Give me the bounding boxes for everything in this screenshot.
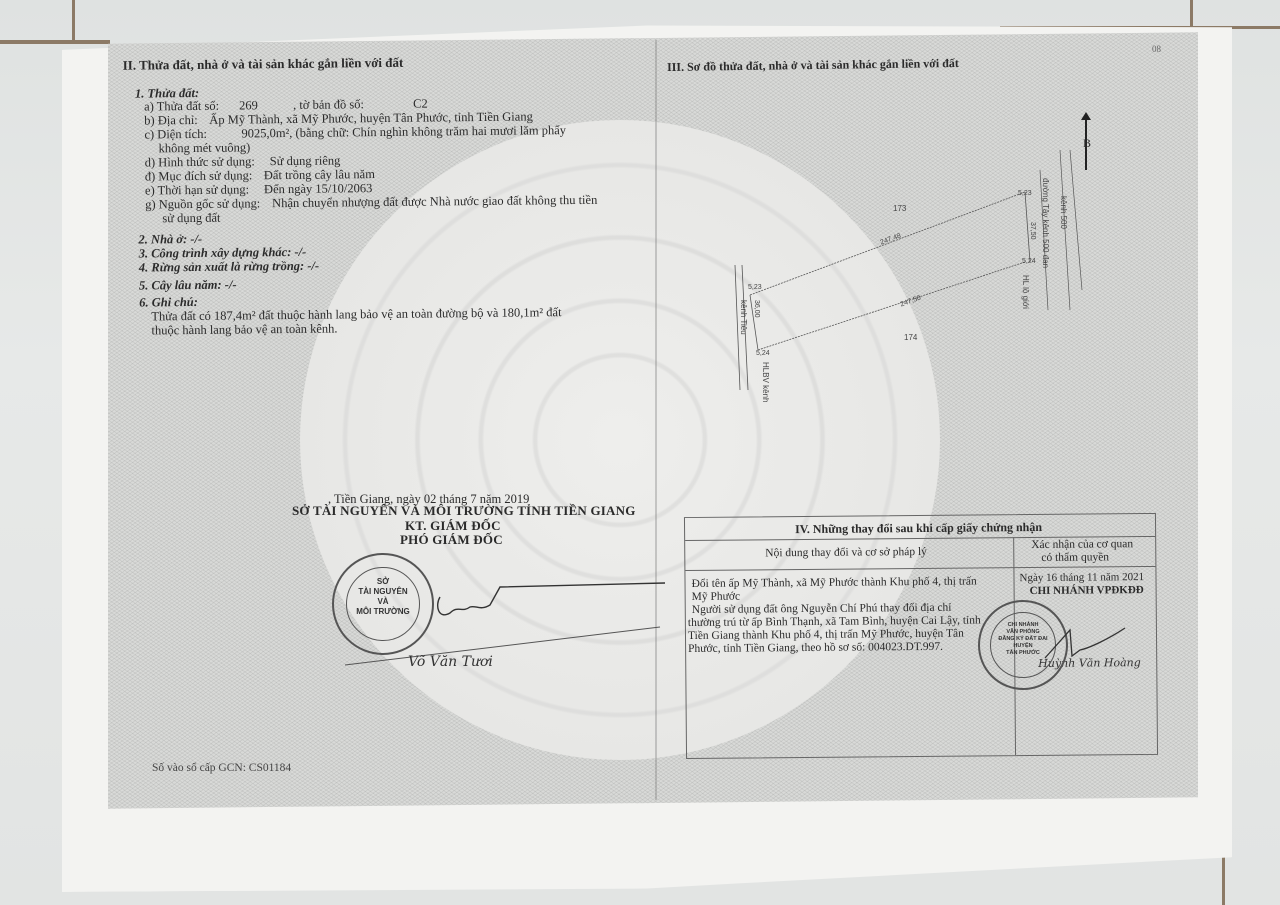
purpose-value: Đất trồng cây lâu năm	[264, 167, 375, 182]
note-line-2: thuộc hành lang bảo vệ an toàn kênh.	[151, 321, 337, 337]
area-label: c) Diện tích:	[144, 127, 207, 142]
registry-number: Số vào sổ cấp GCN: CS01184	[152, 761, 291, 775]
origin-value-cont: sử dụng đất	[162, 211, 220, 226]
entry-line-2: Mỹ Phước	[692, 591, 741, 604]
signer-name: Võ Văn Tươi	[408, 654, 493, 670]
entry-line-6: Phước, tỉnh Tiền Giang, theo hồ sơ số: 0…	[688, 641, 943, 656]
house-item: 2. Nhà ở: -/-	[138, 232, 202, 247]
purpose-label: đ) Mục đích sử dụng:	[145, 168, 253, 183]
map-sheet-label: , tờ bản đồ số:	[293, 97, 364, 112]
use-form-label: d) Hình thức sử dụng:	[145, 154, 255, 169]
canal-east-label: kênh 500	[1059, 196, 1068, 229]
parcel-number: 269	[239, 98, 258, 112]
signature-scribble	[340, 575, 670, 670]
deputy-director: PHÓ GIÁM ĐỐC	[400, 533, 503, 547]
area-value-cont: không mét vuông)	[158, 140, 250, 155]
term-value: Đến ngày 15/10/2063	[264, 181, 372, 196]
corner-sw: 5,24	[756, 350, 770, 357]
branch-signature-scribble	[1040, 620, 1130, 670]
corner-ne: 5,23	[1018, 190, 1032, 197]
west-width: 36,00	[753, 300, 760, 318]
kt-director: KT. GIÁM ĐỐC	[405, 519, 501, 533]
origin-label: g) Nguồn gốc sử dụng:	[145, 196, 260, 211]
parcel-label: a) Thửa đất số:	[144, 99, 219, 114]
confirm-date: Ngày 16 tháng 11 năm 2021	[1019, 571, 1144, 585]
col-confirm-header-2: có thẩm quyền	[1041, 551, 1109, 565]
tile-grout-bottom-right	[1222, 850, 1225, 905]
parcel-map	[730, 110, 1110, 390]
note-heading: 6. Ghi chú:	[139, 295, 198, 310]
address-label: b) Địa chỉ:	[144, 113, 198, 128]
section-iv-title: IV. Những thay đổi sau khi cấp giấy chứn…	[795, 521, 1042, 536]
confirm-agency: CHI NHÁNH VPĐKĐĐ	[1030, 584, 1144, 598]
forest-item: 4. Rừng sản xuất là rừng trồng: -/-	[139, 259, 319, 275]
term-label: e) Thời hạn sử dụng:	[145, 182, 249, 197]
parcel-173: 173	[893, 204, 906, 213]
parcel-174: 174	[904, 333, 917, 342]
perennial-item: 5. Cây lâu năm: -/-	[139, 278, 237, 293]
corner-se: 5,24	[1022, 258, 1036, 265]
corridor-east-label: HL lộ giới	[1021, 275, 1030, 309]
issuing-agency: SỞ TÀI NGUYÊN VÀ MÔI TRƯỜNG TỈNH TIỀN GI…	[292, 504, 636, 518]
section-ii-title: II. Thửa đất, nhà ở và tài sản khác gắn …	[123, 56, 404, 73]
use-form-value: Sử dụng riêng	[270, 153, 341, 168]
canal-west-label: kênh Tiêu	[739, 300, 748, 335]
col-content-header: Nội dung thay đổi và cơ sở pháp lý	[765, 546, 927, 560]
page-mark: 08	[1152, 42, 1161, 56]
corridor-west-label: HLBV kênh	[761, 362, 770, 402]
col-confirm-header-1: Xác nhận của cơ quan	[1031, 538, 1133, 552]
road-east-label: đường Tây kênh 500 đan	[1041, 178, 1050, 268]
corner-nw: 5,23	[748, 284, 762, 291]
map-sheet-number: C2	[413, 97, 428, 111]
east-width: 37,50	[1029, 222, 1036, 240]
tile-grout-left	[72, 0, 75, 40]
center-fold	[655, 40, 657, 800]
tile-grout-top	[0, 40, 110, 44]
entry-line-1: Đổi tên ấp Mỹ Thành, xã Mỹ Phước thành K…	[691, 576, 976, 591]
